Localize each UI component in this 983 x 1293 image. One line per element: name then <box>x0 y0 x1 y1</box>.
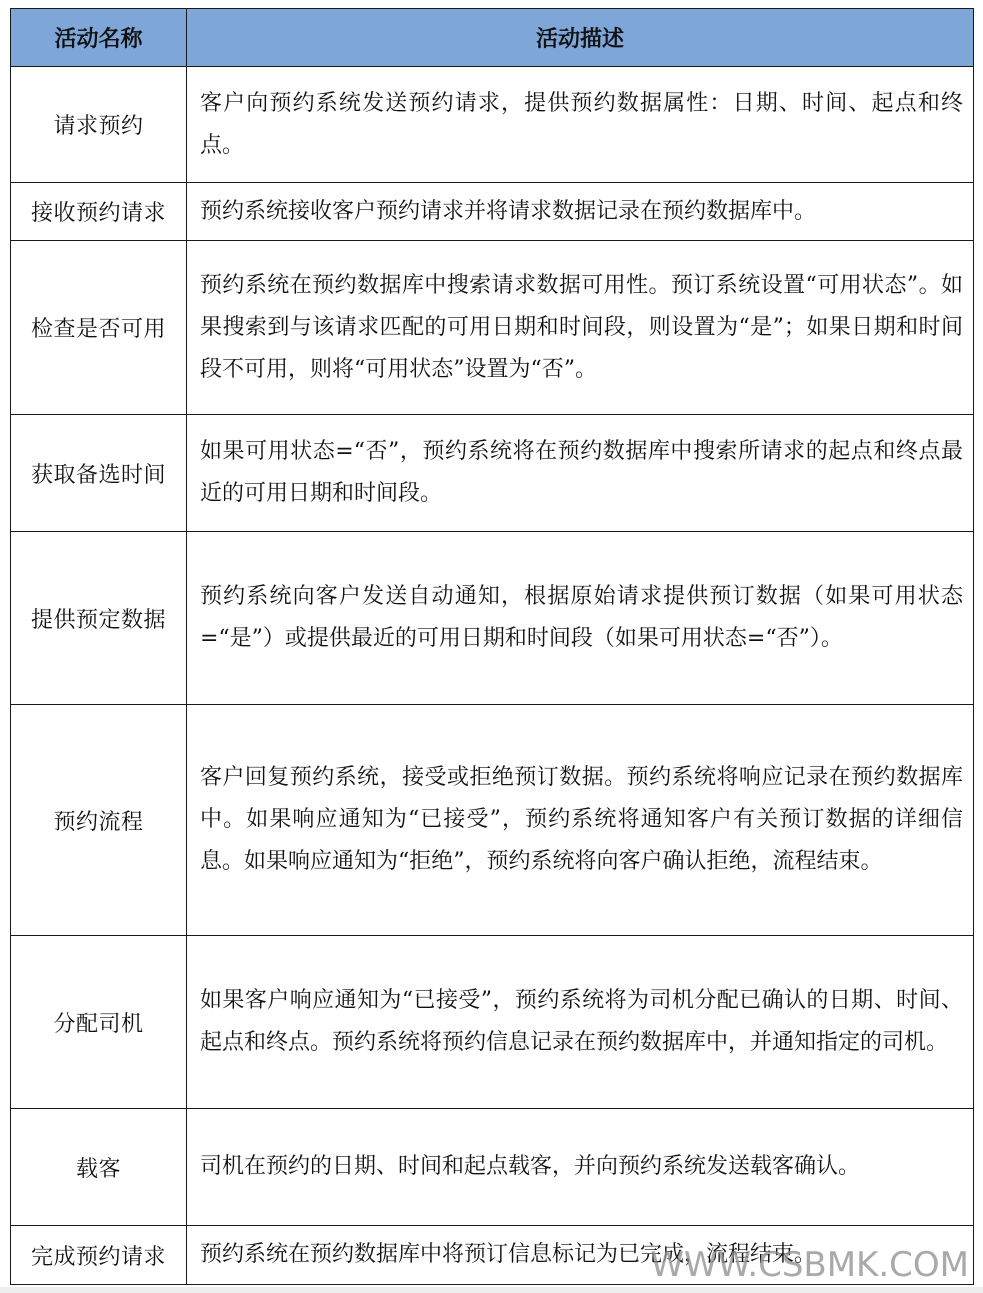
activity-name: 检查是否可用 <box>11 241 187 415</box>
activity-name: 获取备选时间 <box>11 415 187 532</box>
activity-description: 如果客户响应通知为“已接受”，预约系统将为司机分配已确认的日期、时间、起点和终点… <box>187 936 974 1109</box>
table-row: 请求预约 客户向预约系统发送预约请求，提供预约数据属性：日期、时间、起点和终点。 <box>11 67 974 183</box>
activity-description: 预约系统在预约数据库中将预订信息标记为已完成，流程结束。 <box>187 1226 974 1285</box>
table-row: 预约流程 客户回复预约系统，接受或拒绝预订数据。预约系统将响应记录在预约数据库中… <box>11 705 974 936</box>
table-row: 载客 司机在预约的日期、时间和起点载客，并向预约系统发送载客确认。 <box>11 1109 974 1226</box>
table-row: 获取备选时间 如果可用状态=“否”，预约系统将在预约数据库中搜索所请求的起点和终… <box>11 415 974 532</box>
table-header-row: 活动名称 活动描述 <box>11 9 974 67</box>
activity-name: 提供预定数据 <box>11 532 187 705</box>
activity-name: 请求预约 <box>11 67 187 183</box>
table-row: 完成预约请求 预约系统在预约数据库中将预订信息标记为已完成，流程结束。 <box>11 1226 974 1285</box>
activity-description: 预约系统向客户发送自动通知，根据原始请求提供预订数据（如果可用状态=“是”）或提… <box>187 532 974 705</box>
activity-description: 预约系统在预约数据库中搜索请求数据可用性。预订系统设置“可用状态”。如果搜索到与… <box>187 241 974 415</box>
table-row: 分配司机 如果客户响应通知为“已接受”，预约系统将为司机分配已确认的日期、时间、… <box>11 936 974 1109</box>
header-activity-name: 活动名称 <box>11 9 187 67</box>
footer-strip <box>0 1287 983 1293</box>
activity-name: 完成预约请求 <box>11 1226 187 1285</box>
table-row: 提供预定数据 预约系统向客户发送自动通知，根据原始请求提供预订数据（如果可用状态… <box>11 532 974 705</box>
activity-description: 司机在预约的日期、时间和起点载客，并向预约系统发送载客确认。 <box>187 1109 974 1226</box>
activity-description: 客户回复预约系统，接受或拒绝预订数据。预约系统将响应记录在预约数据库中。如果响应… <box>187 705 974 936</box>
activity-description: 客户向预约系统发送预约请求，提供预约数据属性：日期、时间、起点和终点。 <box>187 67 974 183</box>
activity-description: 如果可用状态=“否”，预约系统将在预约数据库中搜索所请求的起点和终点最近的可用日… <box>187 415 974 532</box>
table-row: 检查是否可用 预约系统在预约数据库中搜索请求数据可用性。预订系统设置“可用状态”… <box>11 241 974 415</box>
activity-name: 预约流程 <box>11 705 187 936</box>
activity-name: 分配司机 <box>11 936 187 1109</box>
activity-name: 载客 <box>11 1109 187 1226</box>
table-row: 接收预约请求 预约系统接收客户预约请求并将请求数据记录在预约数据库中。 <box>11 183 974 241</box>
activity-name: 接收预约请求 <box>11 183 187 241</box>
activity-table: 活动名称 活动描述 请求预约 客户向预约系统发送预约请求，提供预约数据属性：日期… <box>10 8 974 1285</box>
activity-description: 预约系统接收客户预约请求并将请求数据记录在预约数据库中。 <box>187 183 974 241</box>
header-activity-description: 活动描述 <box>187 9 974 67</box>
